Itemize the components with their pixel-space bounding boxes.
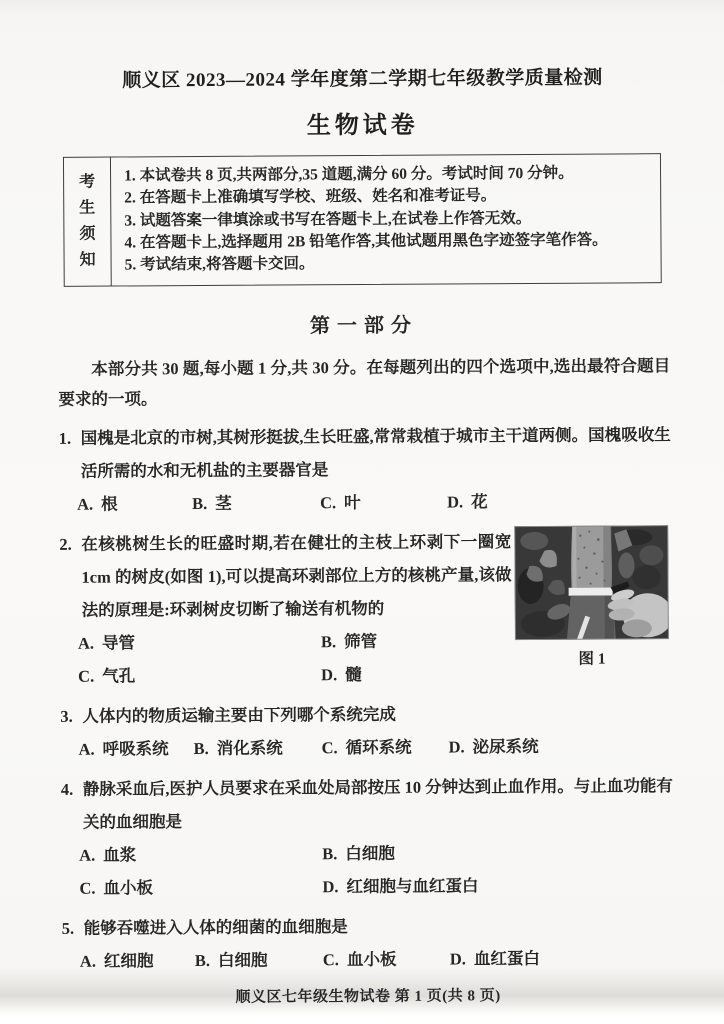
- question-1-options: A.根 B.茎 C.叶 D.花: [77, 484, 671, 521]
- option-c: C.血小板: [323, 942, 450, 976]
- question-text: 在核桃树生长的旺盛时期,若在健壮的主枝上环剥下一圈宽 1cm 的树皮(如图 1)…: [81, 525, 512, 627]
- option-d: D.血红蛋白: [450, 941, 674, 975]
- option-b: B.消化系统: [193, 731, 321, 765]
- notice-item: 4. 在答题卡上,选择题用 2B 铅笔作答,其他试题用黑色字迹签字笔作答。: [124, 229, 607, 254]
- question-text: 能够吞噬进入人体的细菌的血细胞是: [84, 908, 674, 945]
- option-a: A.血浆: [79, 837, 322, 871]
- exam-subtitle: 生物试卷: [57, 103, 669, 142]
- question-1: 1. 国槐是北京的市树,其树形挺拔,生长旺盛,常常栽植于城市主干道两侧。国槐吸收…: [59, 418, 672, 521]
- option-b: B.白细胞: [322, 835, 673, 870]
- tree-branch-girdling-photo: [514, 525, 669, 640]
- question-3-options: A.呼吸系统 B.消化系统 C.循环系统 D.泌尿系统: [78, 729, 672, 766]
- option-d: D.红细胞与血红蛋白: [322, 868, 673, 903]
- question-number: 2.: [59, 527, 81, 560]
- question-4: 4. 静脉采血后,医护人员要求在采血处局部按压 10 分钟达到止血作用。与止血功…: [61, 769, 674, 905]
- option-b: B.筛管: [321, 624, 512, 658]
- question-2: 2. 在核桃树生长的旺盛时期,若在健壮的主枝上环剥下一圈宽 1cm 的树皮(如图…: [59, 524, 672, 693]
- option-a: A.红细胞: [80, 944, 195, 978]
- notice-list: 1. 本试卷共 8 页,共两部分,35 道题,满分 60 分。考试时间 70 分…: [111, 154, 616, 285]
- option-d: D.泌尿系统: [448, 729, 672, 763]
- question-2-options-row2: C.气孔 D.髓: [78, 657, 512, 693]
- notice-label: 考生须知: [64, 158, 112, 286]
- option-d: D.髓: [321, 657, 512, 691]
- page-title: 顺义区 2023—2024 学年度第二学期七年级教学质量检测: [56, 62, 668, 93]
- question-number: 1.: [59, 421, 81, 454]
- option-a: A.根: [77, 487, 192, 521]
- notice-item: 3. 试题答案一律填涂或书写在答题卡上,在试卷上作答无效。: [124, 207, 607, 232]
- question-4-options-row2: C.血小板 D.红细胞与血红蛋白: [79, 868, 673, 905]
- question-number: 3.: [60, 699, 82, 732]
- question-text: 国槐是北京的市树,其树形挺拔,生长旺盛,常常栽植于城市主干道两侧。国槐吸收生活所…: [81, 418, 671, 488]
- notice-item: 2. 在答题卡上准确填写学校、班级、姓名和准考证号。: [124, 185, 607, 210]
- notice-item: 5. 考试结束,将答题卡交回。: [125, 252, 608, 277]
- part-one-heading: 第一部分: [58, 307, 670, 340]
- question-4-options-row1: A.血浆 B.白细胞: [79, 835, 673, 872]
- page-content: 顺义区 2023—2024 学年度第二学期七年级教学质量检测 生物试卷 考生须知…: [56, 0, 674, 1007]
- part-one-instructions: 本部分共 30 题,每小题 1 分,共 30 分。在每题列出的四个选项中,选出最…: [58, 351, 670, 415]
- figure-1: 图 1: [511, 525, 672, 669]
- question-text: 人体内的物质运输主要由下列哪个系统完成: [82, 696, 672, 733]
- question-number: 4.: [61, 772, 83, 805]
- option-a: A.呼吸系统: [78, 732, 193, 766]
- option-c: C.气孔: [78, 658, 321, 692]
- page-footer: 顺义区七年级生物试卷 第 1 页(共 8 页): [62, 983, 674, 1008]
- option-a: A.导管: [78, 625, 321, 659]
- notice-label-text: 考生须知: [79, 170, 96, 274]
- notice-box: 考生须知 1. 本试卷共 8 页,共两部分,35 道题,满分 60 分。考试时间…: [63, 153, 662, 286]
- option-b: B.茎: [192, 486, 320, 520]
- option-c: C.循环系统: [321, 730, 448, 764]
- option-c: C.血小板: [79, 870, 322, 904]
- option-d: D.花: [447, 484, 671, 518]
- option-b: B.白细胞: [195, 943, 323, 977]
- option-c: C.叶: [320, 485, 447, 519]
- question-5-options: A.红细胞 B.白细胞 C.血小板 D.血红蛋白: [80, 941, 674, 978]
- scanned-exam-page: 顺义区 2023—2024 学年度第二学期七年级教学质量检测 生物试卷 考生须知…: [0, 0, 724, 1024]
- question-2-options-row1: A.导管 B.筛管: [78, 624, 512, 660]
- question-text: 静脉采血后,医护人员要求在采血处局部按压 10 分钟达到止血作用。与止血功能有关…: [83, 769, 673, 839]
- question-number: 5.: [62, 911, 84, 944]
- notice-item: 1. 本试卷共 8 页,共两部分,35 道题,满分 60 分。考试时间 70 分…: [124, 163, 607, 188]
- figure-1-caption: 图 1: [512, 646, 672, 669]
- question-5: 5. 能够吞噬进入人体的细菌的血细胞是 A.红细胞 B.白细胞 C.血小板 D.…: [62, 908, 674, 978]
- question-3: 3. 人体内的物质运输主要由下列哪个系统完成 A.呼吸系统 B.消化系统 C.循…: [60, 696, 672, 766]
